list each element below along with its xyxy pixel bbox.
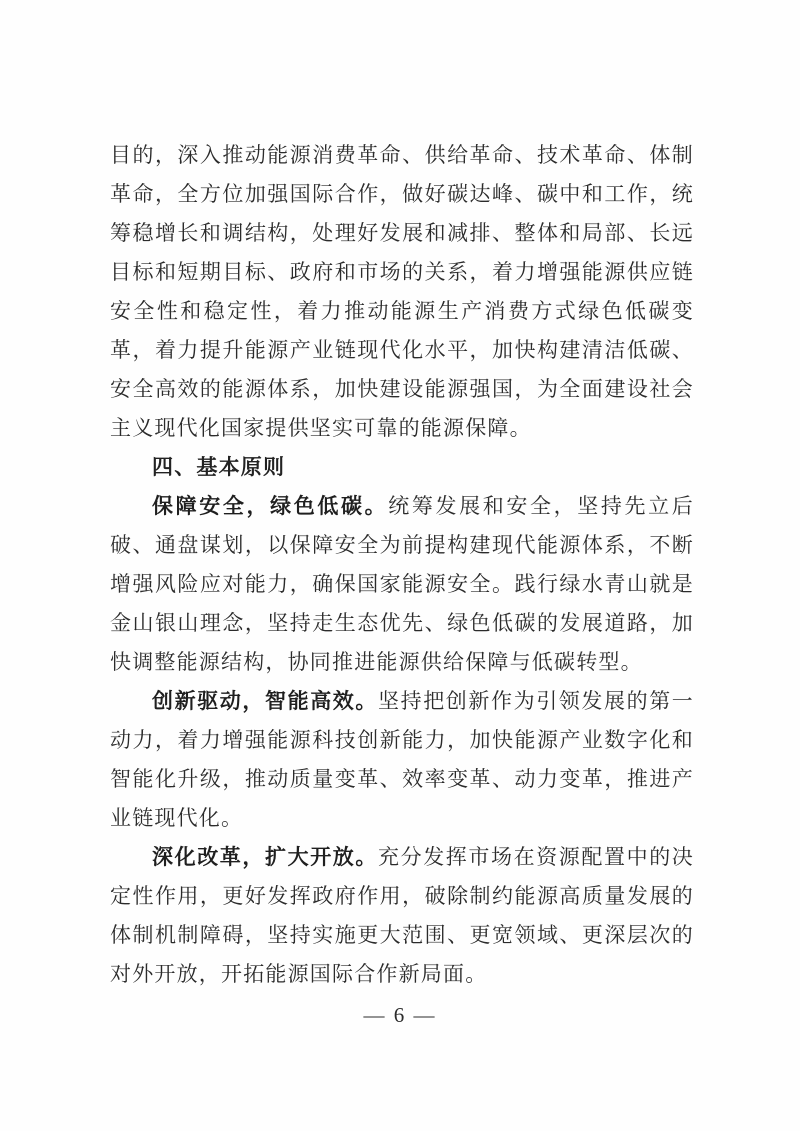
principle-paragraph: 保障安全，绿色低碳。统筹发展和安全，坚持先立后破、通盘谋划，以保障安全为前提构建… <box>110 487 694 682</box>
principle-body: 统筹发展和安全，坚持先立后破、通盘谋划，以保障安全为前提构建现代能源体系，不断增… <box>110 494 694 674</box>
principle-paragraph: 创新驱动，智能高效。坚持把创新作为引领发展的第一动力，着力增强能源科技创新能力，… <box>110 682 694 838</box>
document-body: 目的，深入推动能源消费革命、供给革命、技术革命、体制革命，全方位加强国际合作，做… <box>110 136 694 994</box>
page-number: — 6 — <box>0 1003 800 1028</box>
section-heading: 四、基本原则 <box>110 448 694 487</box>
principle-lead: 创新驱动，智能高效。 <box>152 689 378 713</box>
continuation-paragraph: 目的，深入推动能源消费革命、供给革命、技术革命、体制革命，全方位加强国际合作，做… <box>110 136 694 448</box>
principle-lead: 保障安全，绿色低碳。 <box>152 494 388 518</box>
principle-lead: 深化改革，扩大开放。 <box>152 845 378 869</box>
document-page: 目的，深入推动能源消费革命、供给革命、技术革命、体制革命，全方位加强国际合作，做… <box>0 0 800 1131</box>
principle-paragraph: 深化改革，扩大开放。充分发挥市场在资源配置中的决定性作用，更好发挥政府作用，破除… <box>110 838 694 994</box>
